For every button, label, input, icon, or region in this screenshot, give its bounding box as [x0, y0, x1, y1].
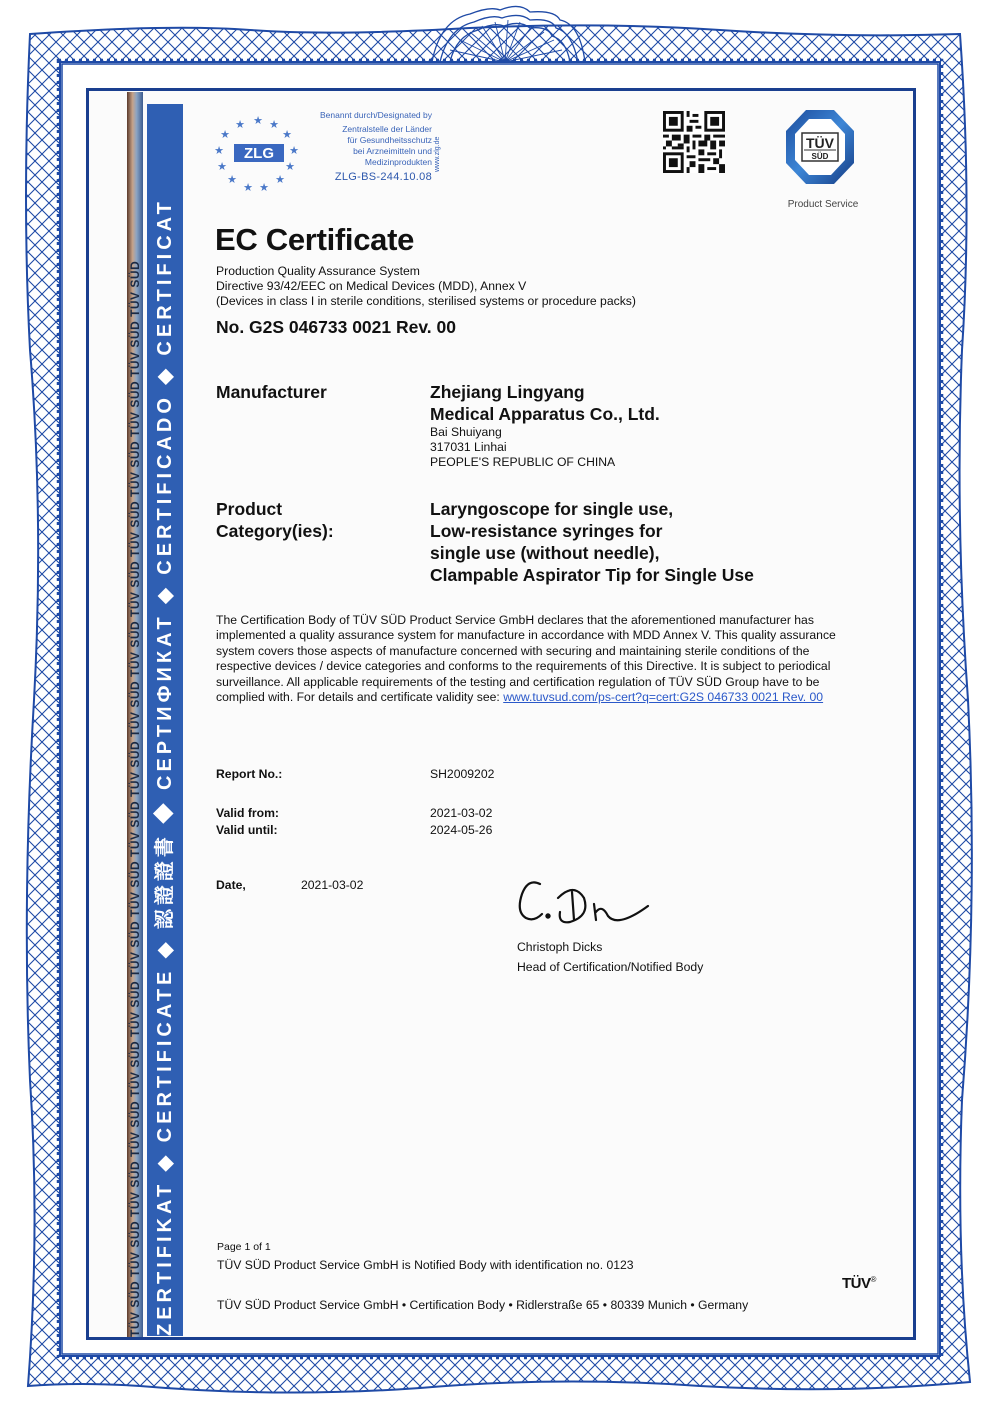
declaration-paragraph: The Certification Body of TÜV SÜD Produc… — [216, 613, 856, 705]
tuv-mark-text: TÜV — [842, 1275, 871, 1292]
notified-body-statement: TÜV SÜD Product Service GmbH is Notified… — [217, 1258, 634, 1272]
signature-icon — [514, 876, 654, 934]
manufacturer-details: Zhejiang Lingyang Medical Apparatus Co.,… — [430, 381, 660, 470]
signatory-title: Head of Certification/Notified Body — [517, 960, 703, 974]
certificate-number: No. G2S 046733 0021 Rev. 00 — [216, 317, 456, 338]
svg-text:★: ★ — [285, 161, 295, 173]
valid-from-value: 2021-03-02 — [430, 806, 492, 820]
svg-text:★: ★ — [220, 129, 230, 141]
svg-text:★: ★ — [235, 119, 245, 131]
svg-text:TÜV: TÜV — [806, 135, 835, 151]
svg-text:★: ★ — [227, 174, 237, 186]
address-line: Bai Shuiyang — [430, 425, 660, 440]
svg-text:SÜD: SÜD — [812, 152, 829, 161]
svg-text:ZLG: ZLG — [244, 145, 274, 162]
page-indicator: Page 1 of 1 — [217, 1241, 271, 1253]
label-line: Category(ies): — [216, 520, 334, 542]
manufacturer-label: Manufacturer — [216, 381, 327, 403]
zlg-line: Medizinprodukten — [312, 157, 432, 168]
certificate-validity-link[interactable]: www.tuvsud.com/ps-cert?q=cert:G2S 046733… — [503, 690, 823, 704]
zlg-url: www.zlg.de — [434, 137, 441, 172]
report-number-value: SH2009202 — [430, 767, 494, 781]
address-line: 317031 Linhai — [430, 440, 660, 455]
product-item: Low-resistance syringes for — [430, 520, 754, 542]
certificate-multilingual-band: ZERTIFIKAT ◆ CERTIFICATE ◆ 認證證書 ◆ СЕРТИФ… — [147, 104, 183, 1336]
svg-text:★: ★ — [253, 115, 263, 127]
manufacturer-name-line: Zhejiang Lingyang — [430, 381, 660, 403]
svg-text:★: ★ — [214, 145, 224, 157]
signatory-name: Christoph Dicks — [517, 940, 602, 954]
manufacturer-name-line: Medical Apparatus Co., Ltd. — [430, 403, 660, 425]
zlg-designation-logo: ★ ★ ★ ★ ★ ★ ★ ★ ★ ★ ★ ★ ★ ZLG Benannt du… — [212, 108, 448, 193]
registered-mark: ® — [871, 1275, 876, 1284]
svg-text:★: ★ — [282, 129, 292, 141]
zlg-line: für Gesundheitsschutz — [312, 135, 432, 146]
tuv-logo-caption: Product Service — [778, 199, 868, 210]
date-value: 2021-03-02 — [301, 878, 363, 892]
scope-line: Production Quality Assurance System — [216, 264, 636, 279]
qr-code-icon[interactable] — [663, 111, 725, 173]
page-title: EC Certificate — [215, 222, 414, 258]
product-category-list: Laryngoscope for single use, Low-resista… — [430, 498, 754, 586]
zlg-line: bei Arzneimitteln und — [312, 146, 432, 157]
zlg-code: ZLG-BS-244.10.08 — [312, 172, 432, 183]
zlg-designated: Benannt durch/Designated by — [312, 110, 432, 121]
address-line: PEOPLE'S REPUBLIC OF CHINA — [430, 455, 660, 470]
label-line: Product — [216, 498, 334, 520]
product-category-label: Product Category(ies): — [216, 498, 334, 542]
issuer-address: TÜV SÜD Product Service GmbH • Certifica… — [217, 1298, 748, 1312]
report-number-label: Report No.: — [216, 767, 282, 781]
valid-until-value: 2024-05-26 — [430, 823, 492, 837]
valid-until-label: Valid until: — [216, 823, 278, 837]
svg-text:★: ★ — [243, 182, 253, 194]
tuv-trademark: TÜV® — [842, 1275, 876, 1292]
band-text: ZERTIFIKAT ◆ CERTIFICATE ◆ 認證證書 ◆ СЕРТИФ… — [147, 104, 183, 1336]
eu-stars-icon: ★ ★ ★ ★ ★ ★ ★ ★ ★ ★ ★ ★ ★ ZLG — [212, 114, 304, 194]
svg-text:★: ★ — [289, 145, 299, 157]
tuv-sud-logo-icon: TÜV SÜD — [786, 110, 854, 184]
product-item: Clampable Aspirator Tip for Single Use — [430, 564, 754, 586]
zlg-line: Zentralstelle der Länder — [312, 124, 432, 135]
scope-line: (Devices in class I in sterile condition… — [216, 294, 636, 309]
product-item: single use (without needle), — [430, 542, 754, 564]
svg-text:★: ★ — [275, 174, 285, 186]
microtext: TÜV SÜD TÜV SÜD TÜV SÜD TÜV SÜD TÜV SÜD … — [127, 92, 143, 1337]
svg-text:★: ★ — [217, 161, 227, 173]
date-label: Date, — [216, 878, 246, 892]
valid-from-label: Valid from: — [216, 806, 279, 820]
scope-line: Directive 93/42/EEC on Medical Devices (… — [216, 279, 636, 294]
svg-text:★: ★ — [269, 119, 279, 131]
security-microtext-strip: TÜV SÜD TÜV SÜD TÜV SÜD TÜV SÜD TÜV SÜD … — [127, 92, 143, 1337]
svg-text:★: ★ — [259, 182, 269, 194]
certificate-scope: Production Quality Assurance System Dire… — [216, 264, 636, 309]
product-item: Laryngoscope for single use, — [430, 498, 754, 520]
